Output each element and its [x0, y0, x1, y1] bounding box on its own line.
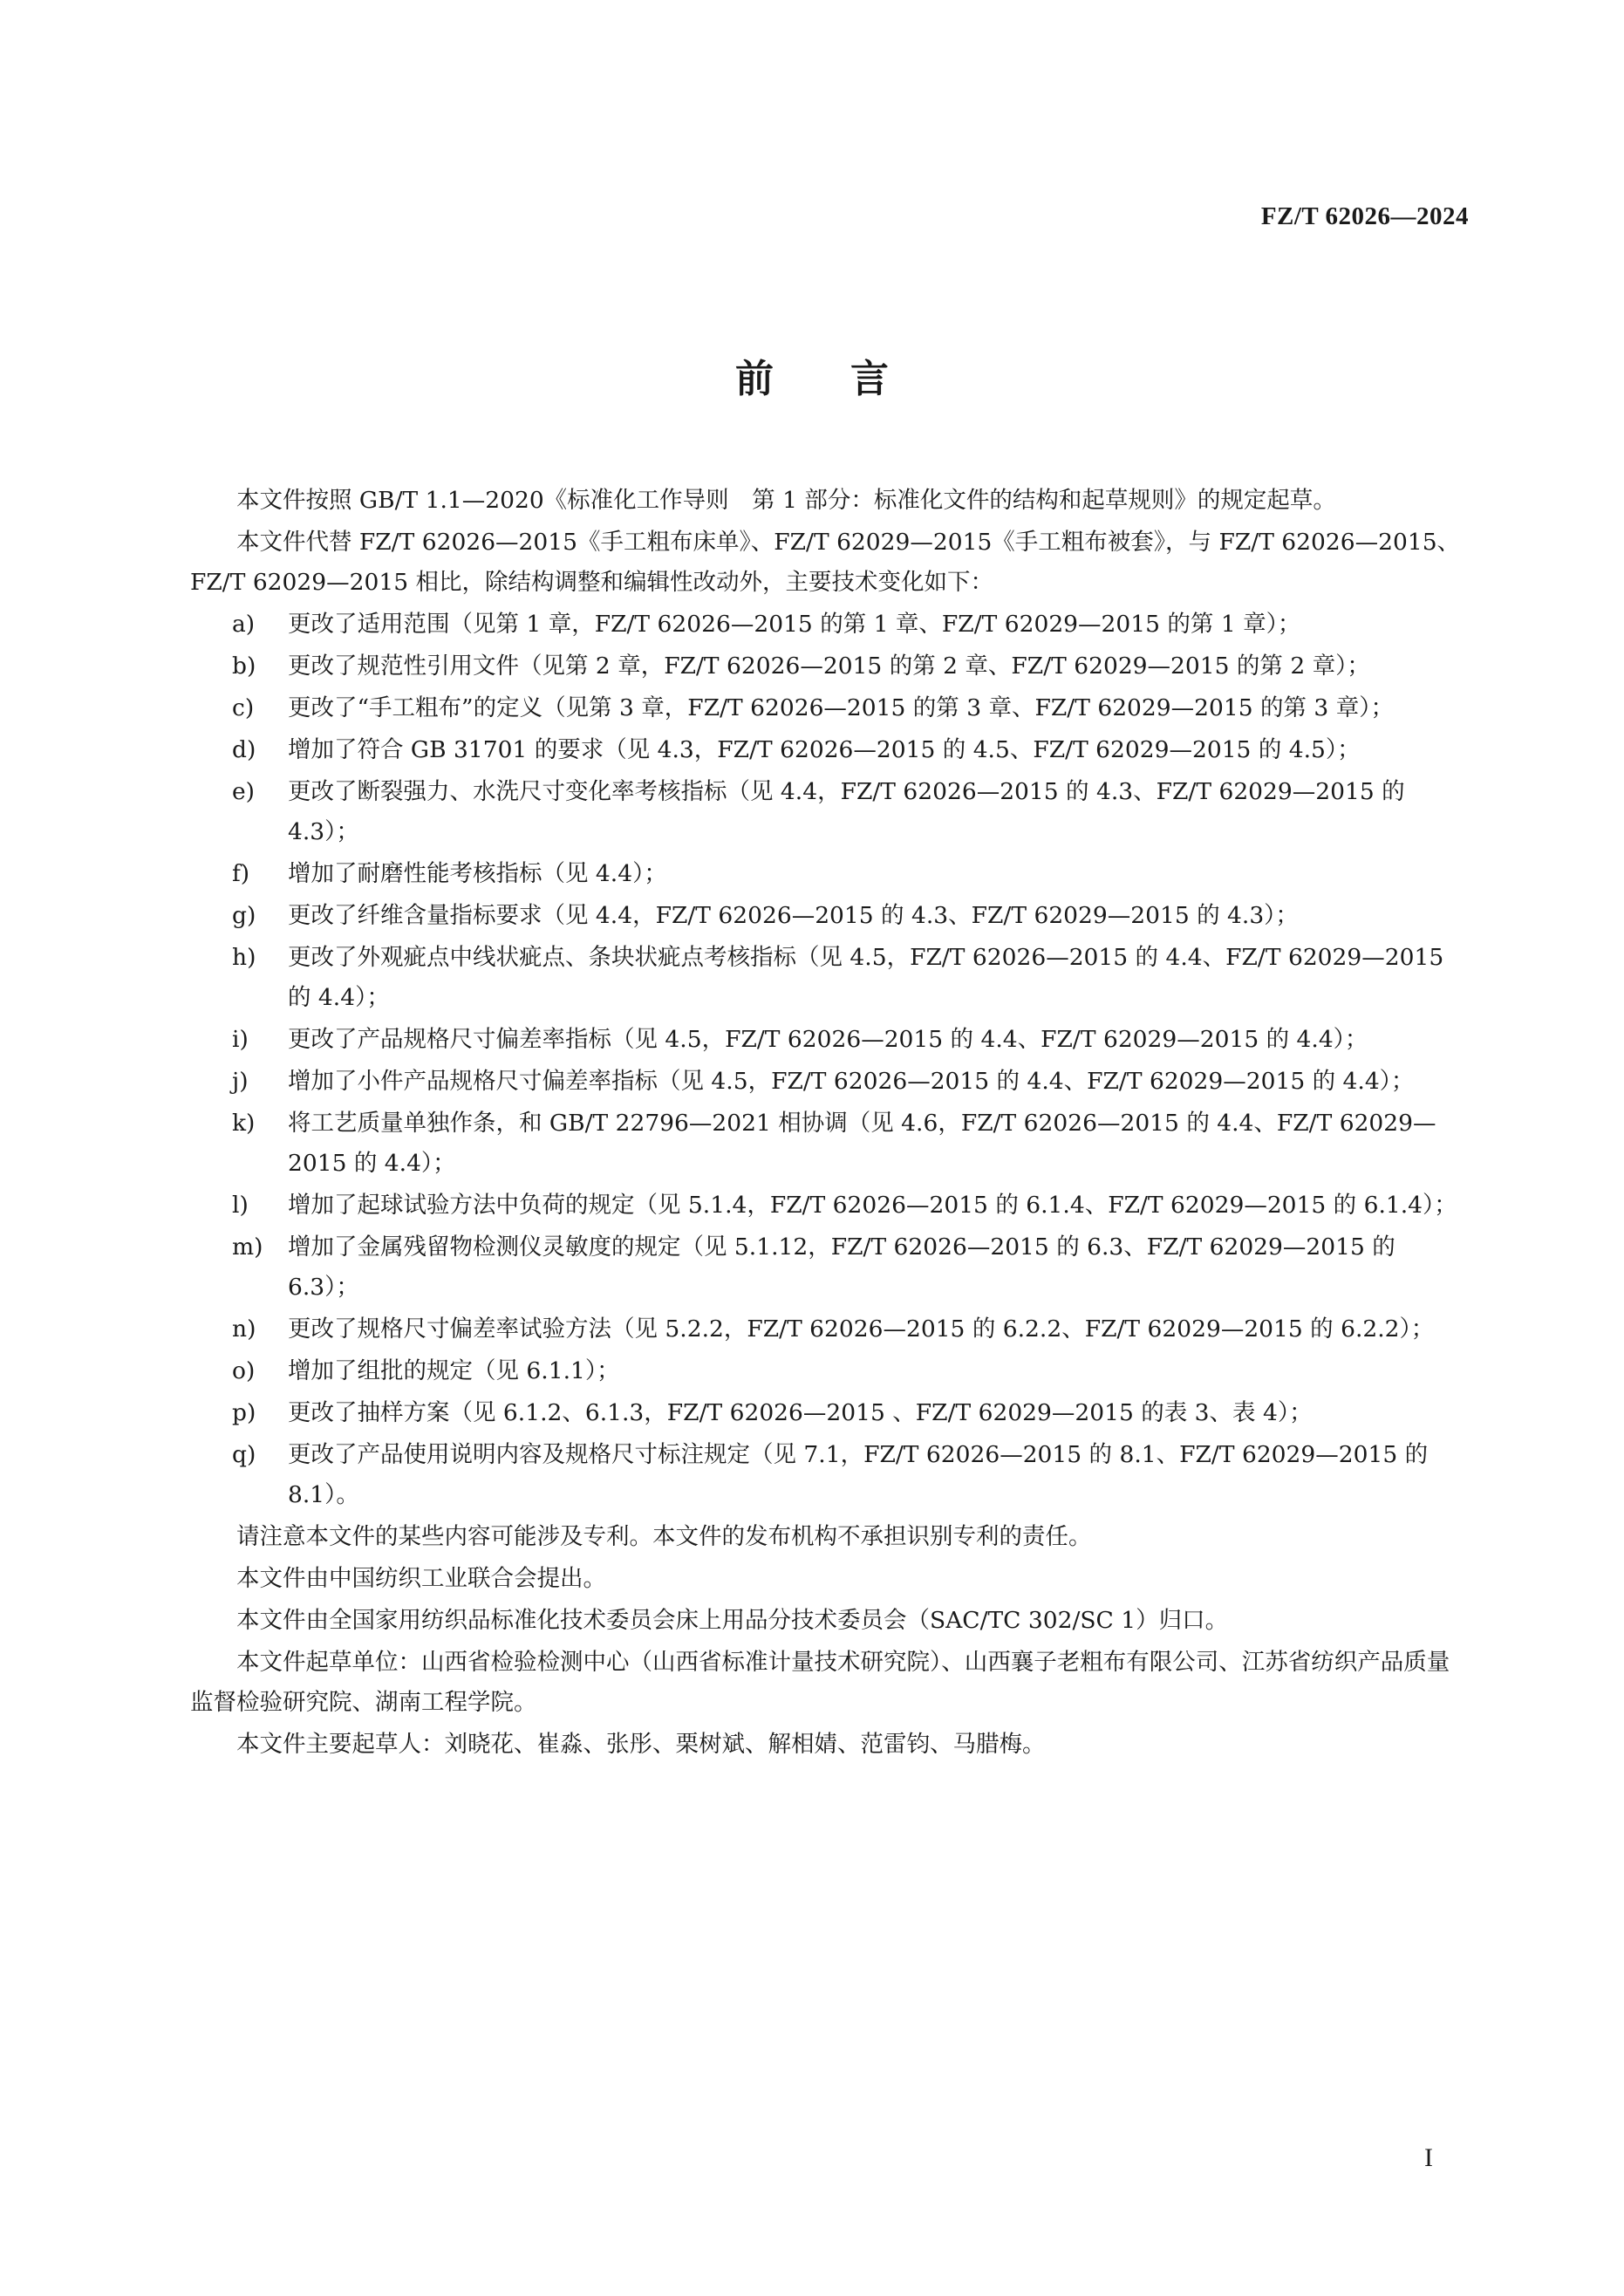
list-marker: m) — [232, 1227, 263, 1268]
list-item-text: 更改了产品使用说明内容及规格尺寸标注规定（见 7.1，FZ/T 62026—20… — [288, 1441, 1428, 1508]
standard-number-header: FZ/T 62026—2024 — [1261, 202, 1469, 231]
list-item: n)更改了规格尺寸偏差率试验方法（见 5.2.2，FZ/T 62026—2015… — [190, 1309, 1470, 1350]
list-item: k)将工艺质量单独作条，和 GB/T 22796—2021 相协调（见 4.6，… — [190, 1104, 1470, 1184]
list-item-text: 增加了耐磨性能考核指标（见 4.4）； — [288, 860, 667, 887]
list-item: h)更改了外观疵点中线状疵点、条块状疵点考核指标（见 4.5，FZ/T 6202… — [190, 938, 1470, 1018]
list-item-text: 增加了组批的规定（见 6.1.1）； — [288, 1357, 620, 1384]
list-marker: l) — [232, 1186, 249, 1226]
list-marker: f) — [232, 854, 249, 894]
list-marker: a) — [232, 605, 255, 645]
list-marker: b) — [232, 646, 256, 687]
list-marker: j) — [232, 1062, 249, 1102]
list-marker: o) — [232, 1351, 255, 1391]
list-marker: n) — [232, 1309, 256, 1350]
list-marker: g) — [232, 896, 256, 936]
list-item: c)更改了“手工粗布”的定义（见第 3 章，FZ/T 62026—2015 的第… — [190, 688, 1470, 728]
list-item-text: 更改了外观疵点中线状疵点、条块状疵点考核指标（见 4.5，FZ/T 62026—… — [288, 944, 1443, 1011]
list-item: g)更改了纤维含量指标要求（见 4.4，FZ/T 62026—2015 的 4.… — [190, 896, 1470, 936]
list-item-text: 更改了断裂强力、水洗尺寸变化率考核指标（见 4.4，FZ/T 62026—201… — [288, 778, 1405, 845]
list-item: i)更改了产品规格尺寸偏差率指标（见 4.5，FZ/T 62026—2015 的… — [190, 1020, 1470, 1060]
list-item-text: 更改了“手工粗布”的定义（见第 3 章，FZ/T 62026—2015 的第 3… — [288, 694, 1394, 721]
list-marker: i) — [232, 1020, 249, 1060]
list-item: b)更改了规范性引用文件（见第 2 章，FZ/T 62026—2015 的第 2… — [190, 646, 1470, 687]
list-marker: k) — [232, 1104, 255, 1144]
list-marker: e) — [232, 772, 255, 812]
list-item: q)更改了产品使用说明内容及规格尺寸标注规定（见 7.1，FZ/T 62026—… — [190, 1435, 1470, 1515]
list-item: o)增加了组批的规定（见 6.1.1）； — [190, 1351, 1470, 1391]
list-item: l)增加了起球试验方法中负荷的规定（见 5.1.4，FZ/T 62026—201… — [190, 1186, 1470, 1226]
list-item-text: 增加了金属残留物检测仪灵敏度的规定（见 5.1.12，FZ/T 62026—20… — [288, 1233, 1395, 1301]
drafting-units: 本文件起草单位：山西省检验检测中心（山西省标准计量技术研究院）、山西襄子老粗布有… — [190, 1643, 1470, 1723]
list-item-text: 更改了适用范围（见第 1 章，FZ/T 62026—2015 的第 1 章、FZ… — [288, 611, 1300, 638]
list-item-text: 增加了起球试验方法中负荷的规定（见 5.1.4，FZ/T 62026—2015 … — [288, 1192, 1457, 1219]
list-item-text: 更改了规范性引用文件（见第 2 章，FZ/T 62026—2015 的第 2 章… — [288, 653, 1370, 680]
patent-notice: 请注意本文件的某些内容可能涉及专利。本文件的发布机构不承担识别专利的责任。 — [190, 1517, 1470, 1557]
proposed-by: 本文件由中国纺织工业联合会提出。 — [190, 1559, 1470, 1599]
list-item-text: 更改了产品规格尺寸偏差率指标（见 4.5，FZ/T 62026—2015 的 4… — [288, 1026, 1368, 1053]
list-item-text: 更改了规格尺寸偏差率试验方法（见 5.2.2，FZ/T 62026—2015 的… — [288, 1315, 1434, 1343]
list-item: m)增加了金属残留物检测仪灵敏度的规定（见 5.1.12，FZ/T 62026—… — [190, 1227, 1470, 1308]
list-item: e)更改了断裂强力、水洗尺寸变化率考核指标（见 4.4，FZ/T 62026—2… — [190, 772, 1470, 852]
page-title: 前言 — [0, 347, 1624, 403]
list-item: a)更改了适用范围（见第 1 章，FZ/T 62026—2015 的第 1 章、… — [190, 605, 1470, 645]
page-number: I — [1424, 2143, 1433, 2173]
list-item-text: 增加了小件产品规格尺寸偏差率指标（见 4.5，FZ/T 62026—2015 的… — [288, 1068, 1414, 1095]
list-item: d)增加了符合 GB 31701 的要求（见 4.3，FZ/T 62026—20… — [190, 730, 1470, 770]
list-marker: h) — [232, 938, 256, 978]
list-item: f)增加了耐磨性能考核指标（见 4.4）； — [190, 854, 1470, 894]
centralized-by: 本文件由全国家用纺织品标准化技术委员会床上用品分技术委员会（SAC/TC 302… — [190, 1601, 1470, 1641]
list-marker: c) — [232, 688, 254, 728]
intro-paragraph-replacement: 本文件代替 FZ/T 62026—2015《手工粗布床单》、FZ/T 62029… — [190, 523, 1470, 603]
list-item-text: 更改了纤维含量指标要求（见 4.4，FZ/T 62026—2015 的 4.3、… — [288, 902, 1299, 929]
list-item-text: 更改了抽样方案（见 6.1.2、6.1.3，FZ/T 62026—2015 、F… — [288, 1399, 1313, 1426]
list-marker: p) — [232, 1393, 256, 1433]
technical-changes-list: a)更改了适用范围（见第 1 章，FZ/T 62026—2015 的第 1 章、… — [190, 605, 1470, 1515]
list-marker: q) — [232, 1435, 256, 1475]
foreword-body: 本文件按照 GB/T 1.1—2020《标准化工作导则 第 1 部分：标准化文件… — [190, 481, 1470, 1766]
list-item: j)增加了小件产品规格尺寸偏差率指标（见 4.5，FZ/T 62026—2015… — [190, 1062, 1470, 1102]
list-item-text: 增加了符合 GB 31701 的要求（见 4.3，FZ/T 62026—2015… — [288, 736, 1361, 763]
list-marker: d) — [232, 730, 256, 770]
list-item-text: 将工艺质量单独作条，和 GB/T 22796—2021 相协调（见 4.6，FZ… — [288, 1110, 1436, 1177]
list-item: p)更改了抽样方案（见 6.1.2、6.1.3，FZ/T 62026—2015 … — [190, 1393, 1470, 1433]
main-drafters: 本文件主要起草人：刘晓花、崔淼、张彤、栗树斌、解相婧、范雷钧、马腊梅。 — [190, 1725, 1470, 1765]
intro-paragraph-drafting-rules: 本文件按照 GB/T 1.1—2020《标准化工作导则 第 1 部分：标准化文件… — [190, 481, 1470, 521]
